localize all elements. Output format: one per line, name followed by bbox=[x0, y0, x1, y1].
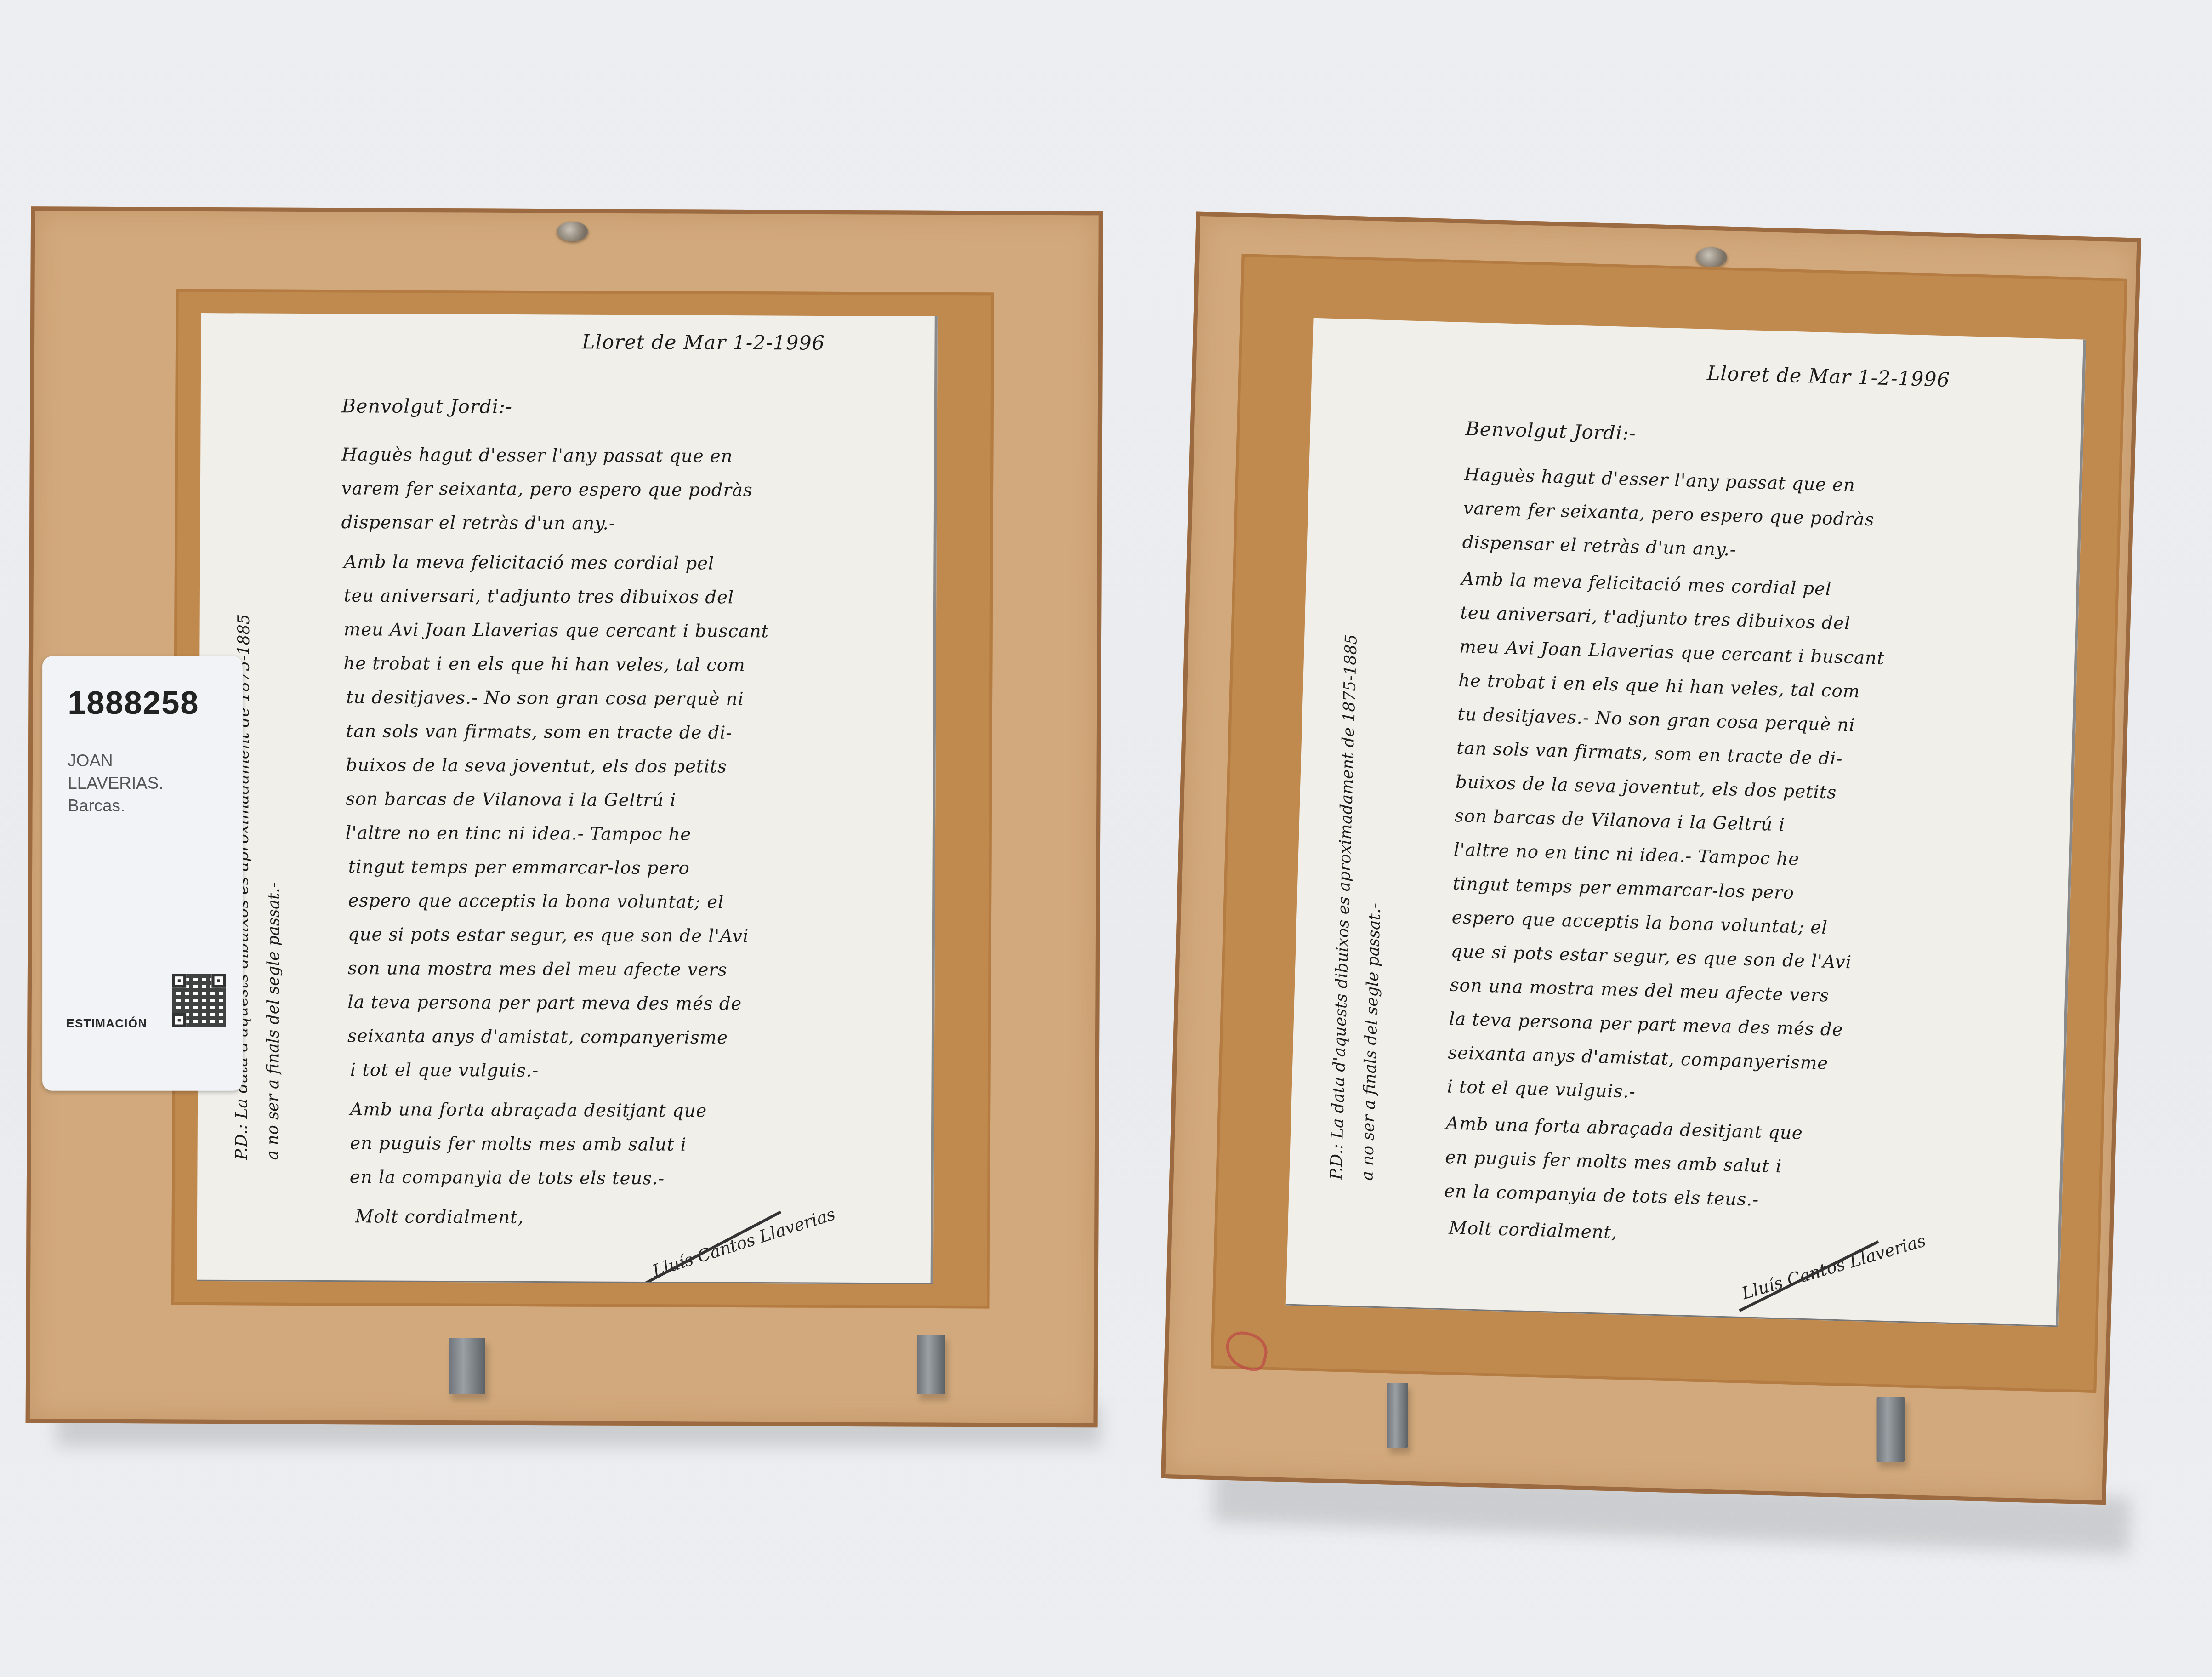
letter-line: espero que acceptis la bona voluntat; el bbox=[1451, 906, 1828, 938]
letter-line: meu Avi Joan Llaverias que cercant i bus… bbox=[1459, 635, 1885, 668]
letter-line: buixos de la seva joventut, els dos peti… bbox=[346, 754, 727, 777]
letter-line: seixanta anys d'amistat, companyerisme bbox=[347, 1025, 728, 1048]
letter-line: son barcas de Vilanova i la Geltrú i bbox=[1455, 805, 1786, 835]
letter-greeting: Benvolgut Jordi:- bbox=[1465, 418, 1636, 445]
signature-flourish bbox=[1739, 1240, 1878, 1311]
letter-line: Molt cordialment, bbox=[1449, 1217, 1618, 1243]
letter-line: teu aniversari, t'adjunto tres dibuixos … bbox=[344, 585, 734, 608]
letter-greeting: Benvolgut Jordi:- bbox=[342, 395, 512, 419]
left-stand-leg-1 bbox=[449, 1338, 485, 1394]
letter-line: en puguis fer molts mes amb salut i bbox=[1445, 1146, 1782, 1176]
qr-finder-icon bbox=[211, 974, 226, 988]
letter-line: Amb la meva felicitació mes cordial pel bbox=[1461, 568, 1832, 599]
left-letter-paper: Lloret de Mar 1-2-1996 Benvolgut Jordi:-… bbox=[197, 313, 938, 1284]
right-letter-paper: Lloret de Mar 1-2-1996 Benvolgut Jordi:-… bbox=[1286, 318, 2086, 1327]
letter-date: Lloret de Mar 1-2-1996 bbox=[1706, 363, 1950, 392]
letter-line: Amb una forta abraçada desitjant que bbox=[1446, 1112, 1803, 1143]
hanging-hook-icon bbox=[1696, 247, 1728, 268]
postscript-line-2: a no ser a finals del segle passat.- bbox=[256, 614, 290, 1160]
letter-line: he trobat i en els que hi han veles, tal… bbox=[343, 652, 745, 675]
qr-finder-icon bbox=[172, 974, 186, 988]
lot-number: 1888258 bbox=[68, 684, 199, 723]
right-frame-board: Lloret de Mar 1-2-1996 Benvolgut Jordi:-… bbox=[1161, 211, 2141, 1505]
letter-line: buixos de la seva joventut, els dos peti… bbox=[1456, 771, 1837, 803]
letter-line: que si pots estar segur, es que son de l… bbox=[1450, 940, 1852, 972]
photo-stage: Lloret de Mar 1-2-1996 Benvolgut Jordi:-… bbox=[0, 0, 2212, 1677]
letter-signature: Lluís Cantos Llaverias bbox=[650, 1204, 837, 1281]
lot-artist: JOAN bbox=[68, 749, 163, 772]
hanging-hook-icon bbox=[557, 222, 588, 241]
right-stand-leg-1 bbox=[1387, 1383, 1408, 1448]
letter-line: Molt cordialment, bbox=[355, 1206, 524, 1228]
letter-line: seixanta anys d'amistat, companyerisme bbox=[1448, 1042, 1829, 1073]
letter-line: dispensar el retràs d'un any.- bbox=[1462, 531, 1736, 560]
letter-line: tingut temps per emmarcar-los pero bbox=[1452, 873, 1794, 903]
letter-line: Haguès hagut d'esser l'any passat que en bbox=[1464, 463, 1855, 496]
right-stand-leg-2 bbox=[1877, 1397, 1905, 1462]
lot-title: Barcas. bbox=[68, 794, 163, 817]
letter-line: i tot el que vulguis.- bbox=[350, 1059, 539, 1081]
letter-line: tan sols van firmats, som en tracte de d… bbox=[346, 720, 733, 743]
letter-line: he trobat i en els que hi han veles, tal… bbox=[1458, 669, 1860, 702]
estimate-label: ESTIMACIÓN bbox=[66, 1016, 147, 1030]
letter-line: tingut temps per emmarcar-los pero bbox=[348, 856, 690, 878]
letter-line: la teva persona per part meva des més de bbox=[1449, 1008, 1843, 1040]
letter-line: Amb la meva felicitació mes cordial pel bbox=[344, 551, 714, 574]
letter-line: la teva persona per part meva des més de bbox=[347, 991, 742, 1014]
lot-artist-surname: LLAVERIAS. bbox=[68, 772, 163, 794]
letter-line: Amb una forta abraçada desitjant que bbox=[350, 1098, 707, 1121]
letter-line: i tot el que vulguis.- bbox=[1447, 1076, 1636, 1102]
letter-line: son barcas de Vilanova i la Geltrú i bbox=[346, 788, 676, 810]
letter-line: son una mostra mes del meu afecte vers bbox=[348, 957, 728, 980]
letter-line: espero que acceptis la bona voluntat; el bbox=[348, 890, 724, 913]
letter-line: teu aniversari, t'adjunto tres dibuixos … bbox=[1460, 602, 1851, 634]
letter-line: varem fer seixanta, pero espero que podr… bbox=[341, 477, 753, 500]
letter-date: Lloret de Mar 1-2-1996 bbox=[582, 332, 825, 355]
letter-line: l'altre no en tinc ni idea.- Tampoc he bbox=[1453, 838, 1799, 869]
letter-line: que si pots estar segur, es que son de l… bbox=[348, 924, 749, 947]
qr-finder-icon bbox=[172, 1013, 186, 1027]
letter-line: dispensar el retràs d'un any.- bbox=[341, 511, 615, 534]
letter-line: en la companyia de tots els teus.- bbox=[1444, 1180, 1759, 1210]
letter-line: Haguès hagut d'esser l'any passat que en bbox=[341, 444, 733, 467]
letter-line: varem fer seixanta, pero espero que podr… bbox=[1463, 497, 1875, 530]
lot-description: JOAN LLAVERIAS. Barcas. bbox=[68, 749, 163, 817]
letter-line: en la companyia de tots els teus.- bbox=[350, 1166, 665, 1189]
letter-line: meu Avi Joan Llaverias que cercant i bus… bbox=[344, 618, 769, 641]
letter-line: tu desitjaves.- No son gran cosa perquè … bbox=[1457, 703, 1855, 736]
letter-line: tan sols van firmats, som en tracte de d… bbox=[1456, 737, 1843, 769]
letter-postscript: P.D.: La data d'aquests dibuixos es apro… bbox=[1320, 633, 1398, 1181]
letter-line: l'altre no en tinc ni idea.- Tampoc he bbox=[346, 822, 691, 844]
letter-line: en puguis fer molts mes amb salut i bbox=[350, 1132, 687, 1155]
letter-signature: Lluís Cantos Llaverias bbox=[1740, 1231, 1928, 1303]
letter-line: son una mostra mes del meu afecte vers bbox=[1450, 974, 1830, 1006]
left-stand-leg-2 bbox=[917, 1335, 945, 1394]
qr-code-icon[interactable] bbox=[172, 974, 226, 1027]
auction-lot-label: 1888258 JOAN LLAVERIAS. Barcas. ESTIMACI… bbox=[42, 656, 243, 1090]
letter-line: tu desitjaves.- No son gran cosa perquè … bbox=[346, 686, 744, 709]
